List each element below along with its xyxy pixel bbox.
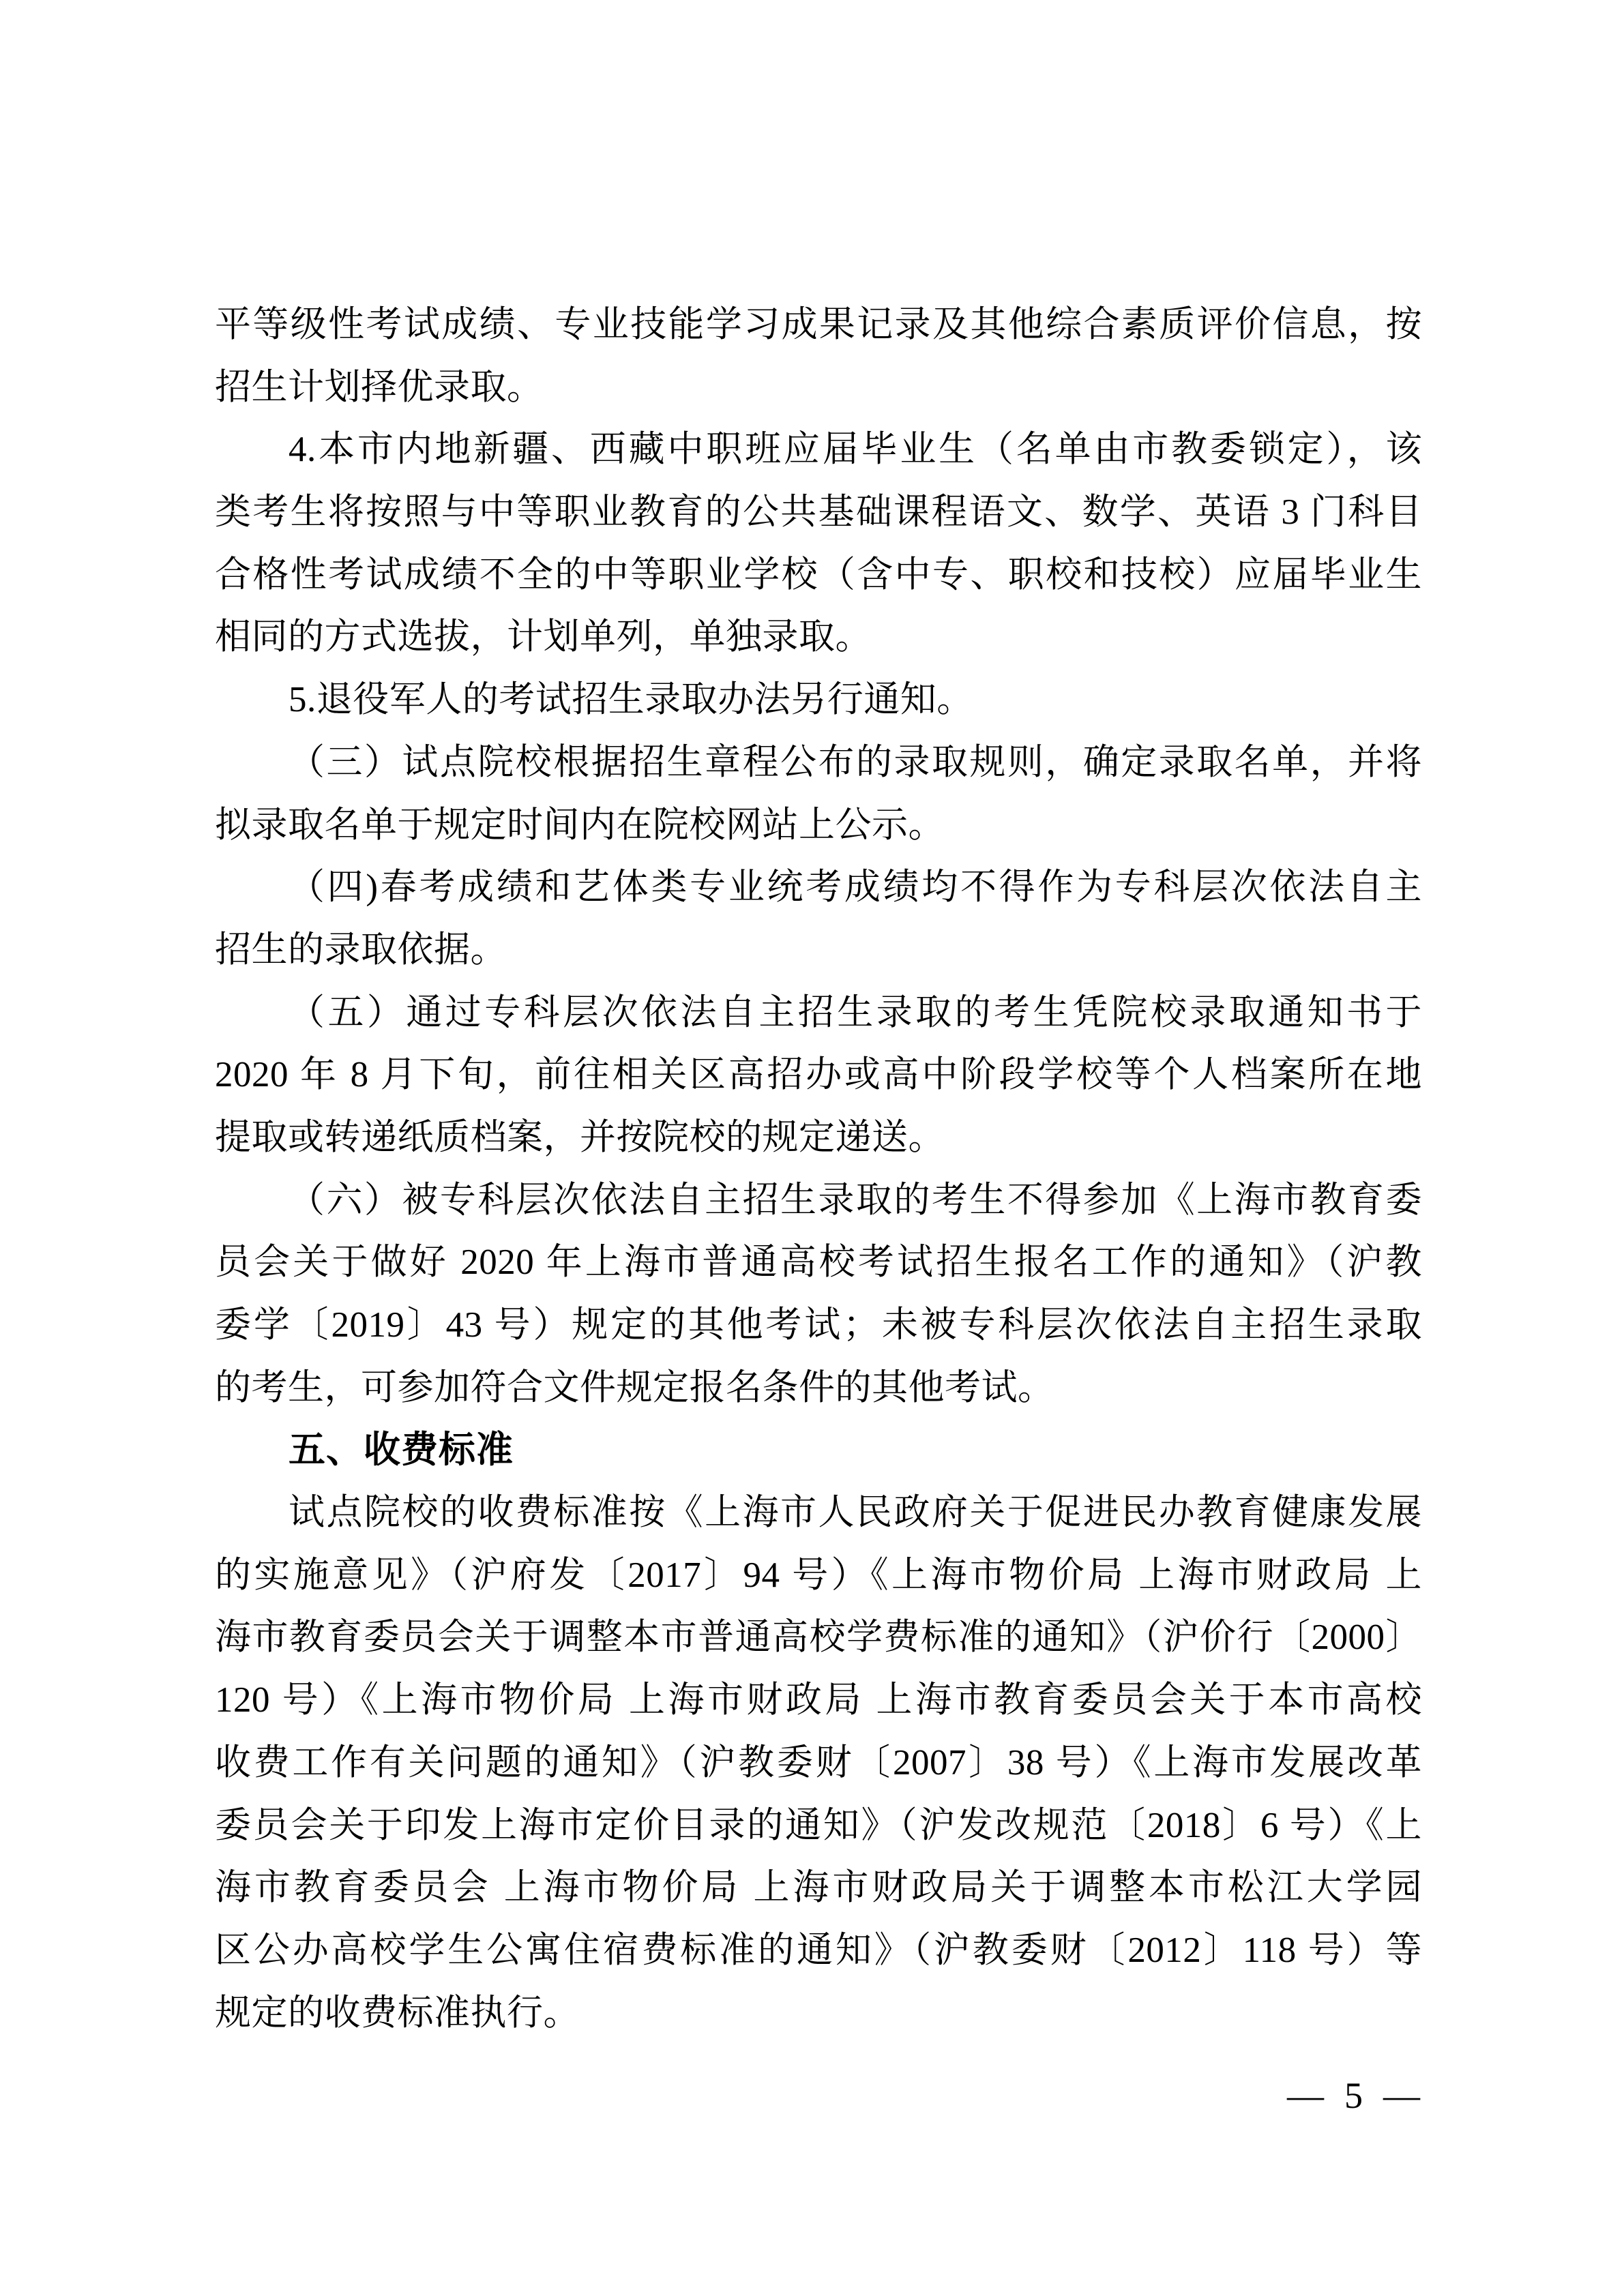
text-line: 相同的方式选拔，计划单列，单独录取。 bbox=[215, 606, 1422, 669]
text-line: 4.本市内地新疆、西藏中职班应届毕业生（名单由市教委锁定），该 bbox=[215, 419, 1422, 481]
document-body: 平等级性考试成绩、专业技能学习成果记录及其他综合素质评价信息，按 招生计划择优录… bbox=[215, 294, 1422, 2044]
text-line: 收费工作有关问题的通知》（沪教委财〔2007〕38 号）《上海市发展改革 bbox=[215, 1732, 1422, 1795]
text-line: 试点院校的收费标准按《上海市人民政府关于促进民办教育健康发展 bbox=[215, 1482, 1422, 1545]
page-number: —5— bbox=[215, 2072, 1420, 2119]
page-number-left-dash: — bbox=[1287, 2072, 1324, 2119]
page-number-value: 5 bbox=[1344, 2072, 1363, 2119]
text-line: 的考生，可参加符合文件规定报名条件的其他考试。 bbox=[215, 1357, 1422, 1420]
text-line: （三）试点院校根据招生章程公布的录取规则，确定录取名单，并将 bbox=[215, 732, 1422, 794]
text-line: 2020 年 8 月下旬，前往相关区高招办或高中阶段学校等个人档案所在地 bbox=[215, 1044, 1422, 1107]
text-line: 拟录取名单于规定时间内在院校网站上公示。 bbox=[215, 794, 1422, 857]
document-page: 平等级性考试成绩、专业技能学习成果记录及其他综合素质评价信息，按 招生计划择优录… bbox=[0, 0, 1624, 2296]
text-line: 区公办高校学生公寓住宿费标准的通知》（沪教委财〔2012〕118 号）等 bbox=[215, 1920, 1422, 1982]
text-line: 委员会关于印发上海市定价目录的通知》（沪发改规范〔2018〕6 号）《上 bbox=[215, 1795, 1422, 1858]
text-line: 5.退役军人的考试招生录取办法另行通知。 bbox=[215, 669, 1422, 732]
text-line: 海市教育委员会 上海市物价局 上海市财政局关于调整本市松江大学园 bbox=[215, 1857, 1422, 1920]
text-line: （五）通过专科层次依法自主招生录取的考生凭院校录取通知书于 bbox=[215, 982, 1422, 1045]
text-line: 平等级性考试成绩、专业技能学习成果记录及其他综合素质评价信息，按 bbox=[215, 294, 1422, 357]
text-line: 合格性考试成绩不全的中等职业学校（含中专、职校和技校）应届毕业生 bbox=[215, 544, 1422, 607]
page-number-right-dash: — bbox=[1383, 2072, 1420, 2119]
text-line: 提取或转递纸质档案，并按院校的规定递送。 bbox=[215, 1107, 1422, 1169]
text-line: 的实施意见》（沪府发〔2017〕94 号）《上海市物价局 上海市财政局 上 bbox=[215, 1545, 1422, 1607]
text-line: 规定的收费标准执行。 bbox=[215, 1982, 1422, 2045]
text-line: 类考生将按照与中等职业教育的公共基础课程语文、数学、英语 3 门科目 bbox=[215, 481, 1422, 544]
section-heading: 五、收费标准 bbox=[215, 1419, 1422, 1482]
text-line: 招生的录取依据。 bbox=[215, 919, 1422, 982]
text-line: （六）被专科层次依法自主招生录取的考生不得参加《上海市教育委 bbox=[215, 1169, 1422, 1232]
text-line: 委学〔2019〕43 号）规定的其他考试；未被专科层次依法自主招生录取 bbox=[215, 1294, 1422, 1357]
text-line: 120 号）《上海市物价局 上海市财政局 上海市教育委员会关于本市高校 bbox=[215, 1669, 1422, 1732]
text-line: 海市教育委员会关于调整本市普通高校学费标准的通知》（沪价行〔2000〕 bbox=[215, 1607, 1422, 1669]
text-line: （四)春考成绩和艺体类专业统考成绩均不得作为专科层次依法自主 bbox=[215, 856, 1422, 919]
text-line: 招生计划择优录取。 bbox=[215, 357, 1422, 419]
text-line: 员会关于做好 2020 年上海市普通高校考试招生报名工作的通知》（沪教 bbox=[215, 1232, 1422, 1294]
